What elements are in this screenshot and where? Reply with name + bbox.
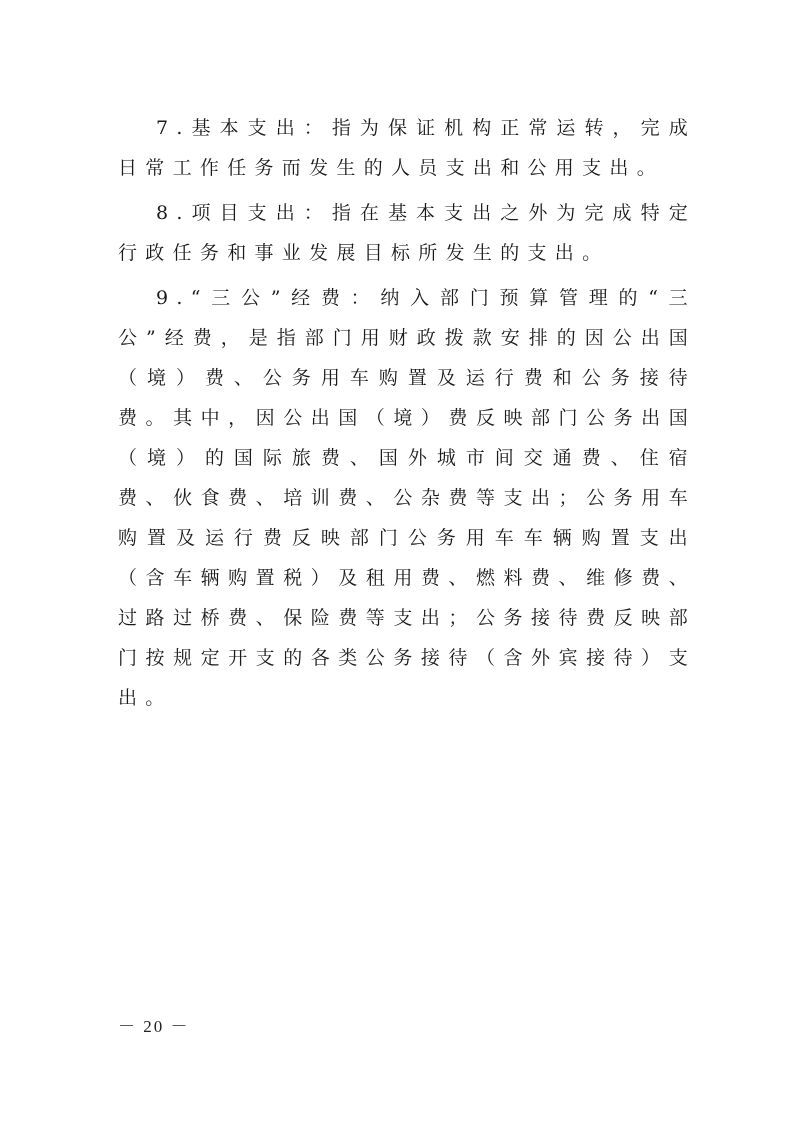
paragraph-three-public-expenses: 9.“三公”经费：纳入部门预算管理的“三公”经费，是指部门用财政拨款安排的因公出… xyxy=(118,278,696,718)
paragraph-project-expenditure: 8.项目支出：指在基本支出之外为完成特定行政任务和事业发展目标所发生的支出。 xyxy=(118,193,696,273)
page-number: － 20 － xyxy=(118,1012,190,1037)
paragraph-basic-expenditure: 7.基本支出：指为保证机构正常运转，完成日常工作任务而发生的人员支出和公用支出。 xyxy=(118,108,696,188)
document-page: 7.基本支出：指为保证机构正常运转，完成日常工作任务而发生的人员支出和公用支出。… xyxy=(0,0,793,1122)
page-body: 7.基本支出：指为保证机构正常运转，完成日常工作任务而发生的人员支出和公用支出。… xyxy=(118,108,696,718)
